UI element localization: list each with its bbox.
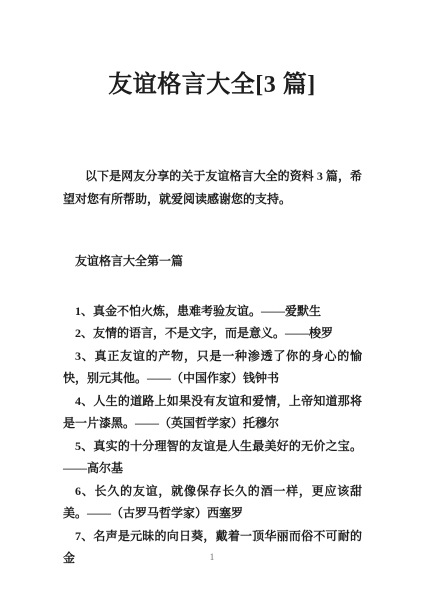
document-body: 以下是网友分享的关于友谊格言大全的资料 3 篇，希望对您有所帮助，就爱阅读感谢您…: [0, 165, 424, 570]
quote-item-1: 1、真金不怕火炼，患难考验友谊。——爱默生: [63, 300, 362, 323]
quote-item-4: 4、人生的道路上如果没有友谊和爱情，上帝知道那将是一片漆黑。——（英国哲学家）托…: [63, 390, 362, 435]
intro-paragraph: 以下是网友分享的关于友谊格言大全的资料 3 篇，希望对您有所帮助，就爱阅读感谢您…: [63, 165, 362, 210]
document-page: 友谊格言大全[3 篇] 以下是网友分享的关于友谊格言大全的资料 3 篇，希望对您…: [0, 0, 424, 600]
quote-item-3: 3、真正友谊的产物，只是一种渗透了你的身心的愉快，别元其他。——（中国作家）钱钟…: [63, 345, 362, 390]
quote-list: 1、真金不怕火炼，患难考验友谊。——爱默生 2、友情的语言，不是文字，而是意义。…: [63, 300, 362, 570]
quote-item-2: 2、友情的语言，不是文字，而是意义。——梭罗: [63, 322, 362, 345]
quote-item-6: 6、长久的友谊，就像保存长久的酒一样，更应该甜美。——（古罗马哲学家）西塞罗: [63, 480, 362, 525]
document-title: 友谊格言大全[3 篇]: [0, 70, 424, 100]
quote-item-5: 5、真实的十分理智的友谊是人生最美好的无价之宝。——高尔基: [63, 435, 362, 480]
section-heading: 友谊格言大全第一篇: [63, 250, 362, 273]
page-number: 1: [0, 551, 424, 563]
